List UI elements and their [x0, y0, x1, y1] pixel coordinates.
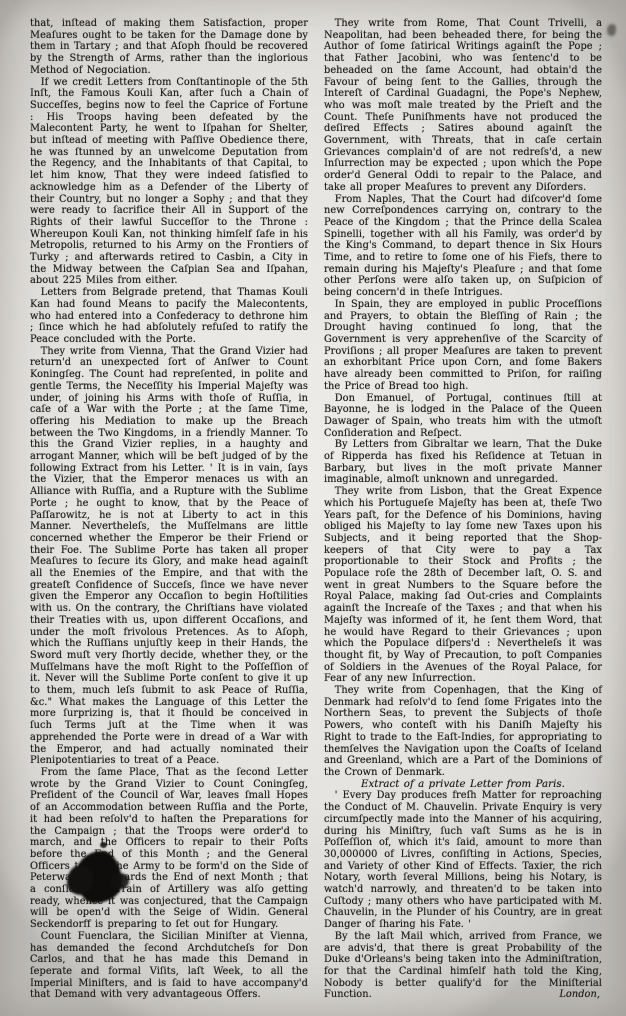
news-paragraph: Don Emanuel, of Portugal, continues ſtil…	[324, 393, 602, 440]
news-paragraph: In Spain, they are employed in public Pr…	[324, 299, 602, 393]
corner-smudge	[607, 24, 616, 36]
news-paragraph: They write from Vienna, That the Grand V…	[30, 346, 308, 767]
news-paragraph: They write from Copenhagen, that the Kin…	[324, 685, 602, 779]
news-paragraph: By Letters from Gibraltar we learn, That…	[324, 439, 602, 486]
newspaper-page: that, inſtead of making them Satisfactio…	[0, 0, 626, 1016]
news-paragraph: They write from Rome, That Count Trivell…	[324, 18, 602, 194]
news-paragraph: They write from Lisbon, that the Great E…	[324, 486, 602, 685]
news-paragraph: From the ſame Place, That as the ſecond …	[30, 767, 308, 931]
dateline-trailer: London,	[549, 989, 600, 1001]
closing-paragraph: By the laſt Mail which, arrived from Fra…	[324, 931, 602, 1001]
letter-heading: Extract of a private Letter from Paris.	[324, 779, 602, 791]
news-paragraph: If we credit Letters from Conſtantinople…	[30, 77, 308, 288]
news-paragraph: From Naples, That the Court had diſcover…	[324, 194, 602, 299]
left-column: that, inſtead of making them Satisfactio…	[30, 18, 308, 1016]
ink-blot	[76, 851, 122, 903]
ink-speck	[100, 842, 107, 848]
news-paragraph: that, inſtead of making them Satisfactio…	[30, 18, 308, 77]
right-column: They write from Rome, That Count Trivell…	[324, 18, 602, 1016]
letter-paragraph: ' Every Day produces freſh Matter for re…	[324, 790, 602, 930]
news-paragraph: Letters from Belgrade pretend, that Tham…	[30, 287, 308, 346]
news-paragraph: Count Fuenclara, the Sicilian Miniſter a…	[30, 931, 308, 1001]
